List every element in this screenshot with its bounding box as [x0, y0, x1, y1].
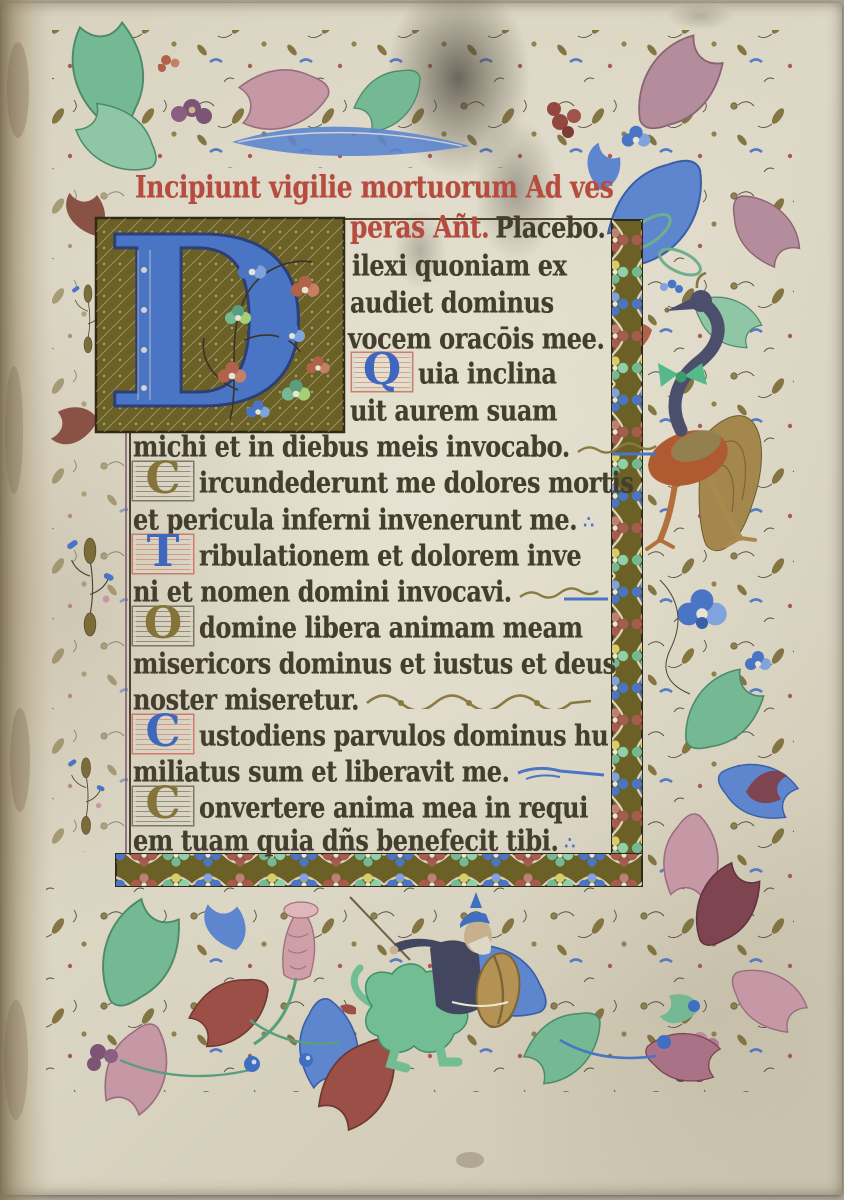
- rubric-antiphon: peras Añt.: [350, 210, 489, 245]
- text-line: O domine libera animam meam: [133, 605, 583, 645]
- text-line: audiet dominus: [350, 280, 554, 320]
- text-line: et pericula inferni invenerunt me. ∴: [133, 497, 594, 537]
- text-line: Q uia inclina: [352, 351, 557, 391]
- punctuation-mark: ∴: [564, 834, 575, 858]
- manuscript-photo: D Incipiunt vigilie mortuorum Ad ves per…: [0, 0, 844, 1200]
- text-line: C ircundederunt me dolores mortis: [133, 460, 633, 500]
- psalm-text: ircundederunt me dolores mortis: [199, 465, 633, 500]
- versal-initial: C: [133, 462, 193, 500]
- psalm-text: michi et in diebus meis invocabo.: [133, 429, 570, 464]
- text-line: em tuam quia dñs benefecit tibi. ∴: [133, 818, 575, 858]
- text-line: C ustodiens parvulos dominus hu: [133, 713, 608, 753]
- text-line: michi et in diebus meis invocabo.: [133, 424, 662, 464]
- versal-initial: C: [133, 715, 193, 753]
- psalm-text: misericors dominus et iustus et deus: [133, 646, 616, 681]
- psalm-text: ustodiens parvulos dominus hu: [199, 718, 608, 753]
- text-block: Incipiunt vigilie mortuorum Ad ves peras…: [0, 0, 844, 1200]
- text-line: misericors dominus et iustus et deus: [133, 641, 616, 681]
- text-line: ni et nomen domini invocavi.: [133, 569, 614, 609]
- line-filler: [516, 767, 606, 781]
- text-line: T ribulationem et dolorem inve: [133, 533, 581, 573]
- text-line: ilexi quoniam ex: [352, 243, 567, 283]
- psalm-text: et pericula inferni invenerunt me.: [133, 502, 577, 537]
- line-filler: [518, 587, 614, 601]
- antiphon-placebo: Placebo.: [495, 210, 605, 245]
- text-line: miliatus sum et liberavit me.: [133, 749, 606, 789]
- rubric-incipit: Incipiunt vigilie mortuorum Ad ves: [135, 170, 613, 205]
- text-line: noster miseretur.: [133, 677, 595, 717]
- versal-initial: Q: [352, 353, 412, 391]
- text-line: Incipiunt vigilie mortuorum Ad ves: [135, 165, 613, 205]
- line-filler: [576, 442, 662, 456]
- psalm-text: ribulationem et dolorem inve: [199, 538, 581, 573]
- versal-initial: T: [133, 535, 193, 573]
- psalm-text: ni et nomen domini invocavi.: [133, 574, 512, 609]
- psalm-text: audiet dominus: [350, 285, 554, 320]
- punctuation-mark: ∴: [583, 513, 594, 537]
- versal-initial: O: [133, 607, 193, 645]
- line-filler-vine: [365, 693, 595, 709]
- psalm-text: ilexi quoniam ex: [352, 248, 567, 283]
- psalm-text: uia inclina: [418, 356, 557, 391]
- text-line: peras Añt. Placebo.: [350, 205, 606, 245]
- psalm-text: domine libera animam meam: [199, 610, 583, 645]
- psalm-text: uit aurem suam: [350, 393, 557, 428]
- psalm-text: em tuam quia dñs benefecit tibi.: [133, 823, 558, 858]
- psalm-text: miliatus sum et liberavit me.: [133, 754, 510, 789]
- text-line: uit aurem suam: [350, 388, 557, 428]
